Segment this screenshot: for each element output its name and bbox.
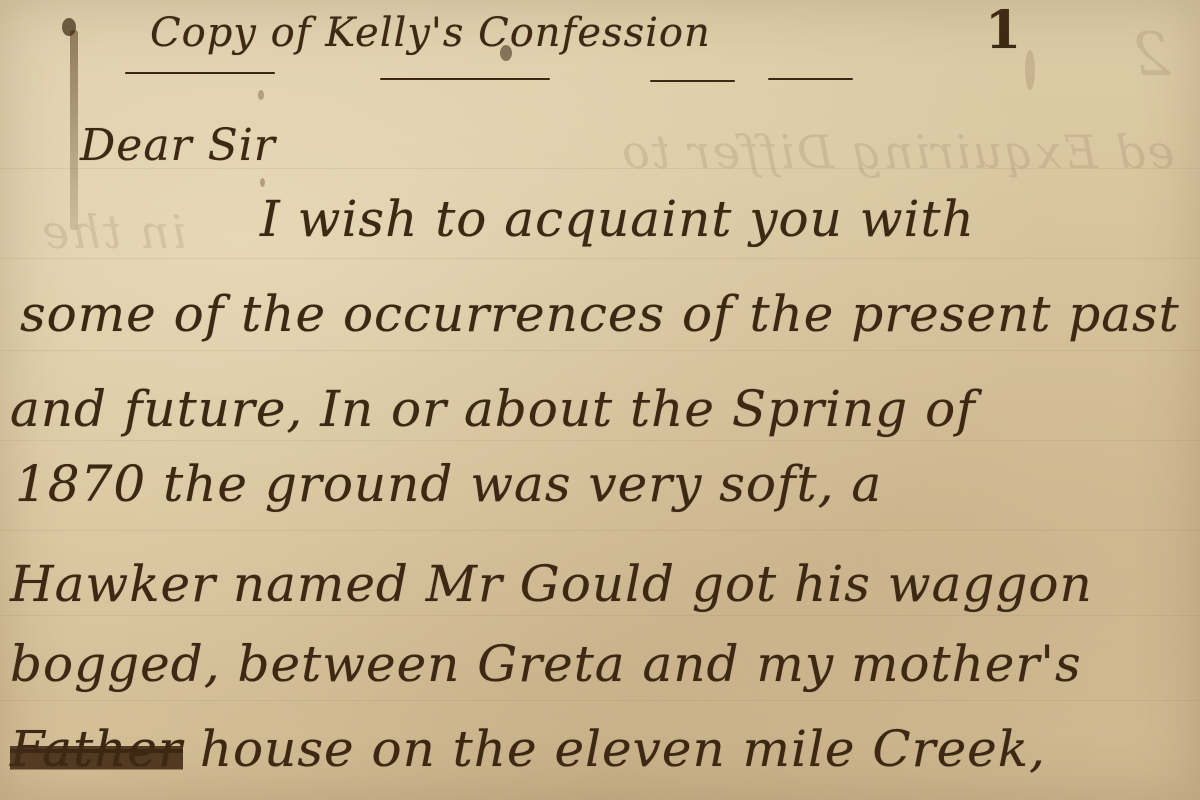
body-line-last: Father house on the eleven mile Creek, [10, 720, 1046, 778]
ruled-line [0, 350, 1200, 351]
ruled-line [0, 700, 1200, 701]
body-line: I wish to acquaint you with [260, 190, 975, 248]
bleed-through-text: in the [40, 205, 186, 259]
body-line: Hawker named Mr Gould got his waggon [10, 555, 1093, 613]
body-line-text: house on the eleven mile Creek, [200, 720, 1046, 778]
struck-out-word: Father [10, 720, 183, 778]
title-underline [125, 72, 275, 74]
title-underline [650, 80, 735, 82]
bleed-through-text: ed Exquiring Differ to [620, 125, 1175, 179]
ruled-line [0, 530, 1200, 531]
ink-blot [258, 90, 264, 100]
ruled-line [0, 615, 1200, 616]
body-line: some of the occurrences of the present p… [20, 285, 1180, 343]
document-page: 2 ed Exquiring Differ to in the Copy of … [0, 0, 1200, 800]
salutation: Dear Sir [80, 120, 276, 171]
title-underline [380, 78, 550, 80]
body-line: 1870 the ground was very soft, a [15, 455, 882, 513]
paper-spot [1025, 50, 1035, 90]
document-title: Copy of Kelly's Confession [150, 10, 711, 56]
ink-stain [70, 30, 78, 230]
body-line: bogged, between Greta and my mother's [10, 635, 1082, 693]
title-underline [768, 78, 853, 80]
body-line: and future, In or about the Spring of [10, 380, 976, 438]
ink-blot [62, 18, 76, 36]
page-number: 1 [985, 0, 1022, 61]
ink-blot [260, 178, 265, 187]
ruled-line [0, 440, 1200, 441]
bleed-through-page-number: 2 [1130, 20, 1170, 90]
